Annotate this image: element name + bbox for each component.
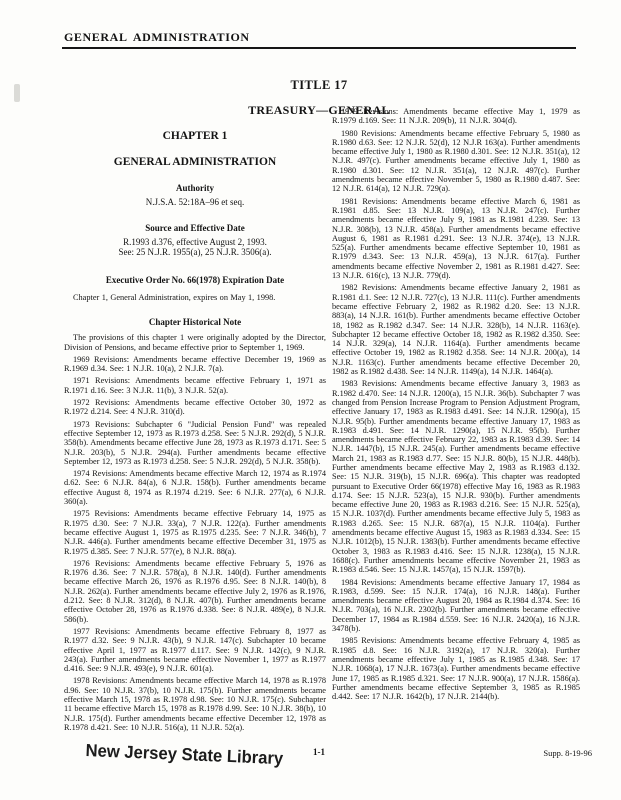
authority-heading: Authority: [64, 183, 326, 193]
body-paragraph: 1977 Revisions: Amendments became effect…: [64, 627, 326, 673]
chapter-heading: CHAPTER 1: [64, 130, 326, 142]
historical-note-heading: Chapter Historical Note: [64, 317, 326, 327]
expiration-text: Chapter 1, General Administration, expir…: [64, 293, 326, 302]
body-paragraph: 1974 Revisions: Amendments became effect…: [64, 469, 326, 506]
body-paragraph: 1984 Revisions: Amendments became effect…: [332, 578, 580, 634]
body-paragraph: 1985 Revisions: Amendments became effect…: [332, 636, 580, 701]
body-paragraph: 1971 Revisions: Amendments became effect…: [64, 376, 326, 395]
body-paragraph: The provisions of this chapter 1 were or…: [64, 333, 326, 352]
running-head: GENERAL ADMINISTRATION: [64, 30, 250, 45]
body-paragraph: 1983 Revisions: Amendments became effect…: [332, 379, 580, 574]
body-paragraph: 1980 Revisions: Amendments became effect…: [332, 129, 580, 194]
body-paragraph: 1982 Revisions: Amendments became effect…: [332, 283, 580, 376]
body-paragraph: 1981 Revisions: Amendments became effect…: [332, 197, 580, 281]
source-heading: Source and Effective Date: [64, 223, 326, 233]
body-paragraph: 1979 Revisions: Amendments became effect…: [332, 107, 580, 126]
source-line-1: R.1993 d.376, effective August 2, 1993.: [64, 237, 326, 247]
expiration-heading: Executive Order No. 66(1978) Expiration …: [64, 275, 326, 285]
page-number: 1-1: [62, 747, 576, 757]
body-paragraph: 1975 Revisions: Amendments became effect…: [64, 509, 326, 555]
authority-text: N.J.S.A. 52:18A–96 et seq.: [64, 197, 326, 207]
source-line-2: See: 25 N.J.R. 1955(a), 25 N.J.R. 3506(a…: [64, 247, 326, 257]
body-paragraph: 1976 Revisions: Amendments became effect…: [64, 559, 326, 624]
document-page: GENERAL ADMINISTRATION TITLE 17 TREASURY…: [0, 0, 621, 800]
body-paragraph: 1972 Revisions: Amendments became effect…: [64, 398, 326, 417]
supplement-label: Supp. 8-19-96: [543, 748, 592, 758]
chapter-title: GENERAL ADMINISTRATION: [64, 156, 326, 168]
right-column: 1979 Revisions: Amendments became effect…: [332, 101, 580, 701]
margin-smudge: [14, 84, 20, 102]
page-title: TITLE 17: [62, 78, 576, 93]
body-paragraph: 1978 Revisions: Amendments became effect…: [64, 676, 326, 732]
body-paragraph: 1973 Revisions: Subchapter 6 "Judicial P…: [64, 420, 326, 466]
body-paragraph: 1969 Revisions: Amendments became effect…: [64, 355, 326, 374]
historical-paragraphs: The provisions of this chapter 1 were or…: [64, 333, 326, 732]
left-column: CHAPTER 1 GENERAL ADMINISTRATION Authori…: [64, 130, 326, 732]
header-rule: [62, 47, 576, 49]
revision-paragraphs: 1979 Revisions: Amendments became effect…: [332, 107, 580, 701]
